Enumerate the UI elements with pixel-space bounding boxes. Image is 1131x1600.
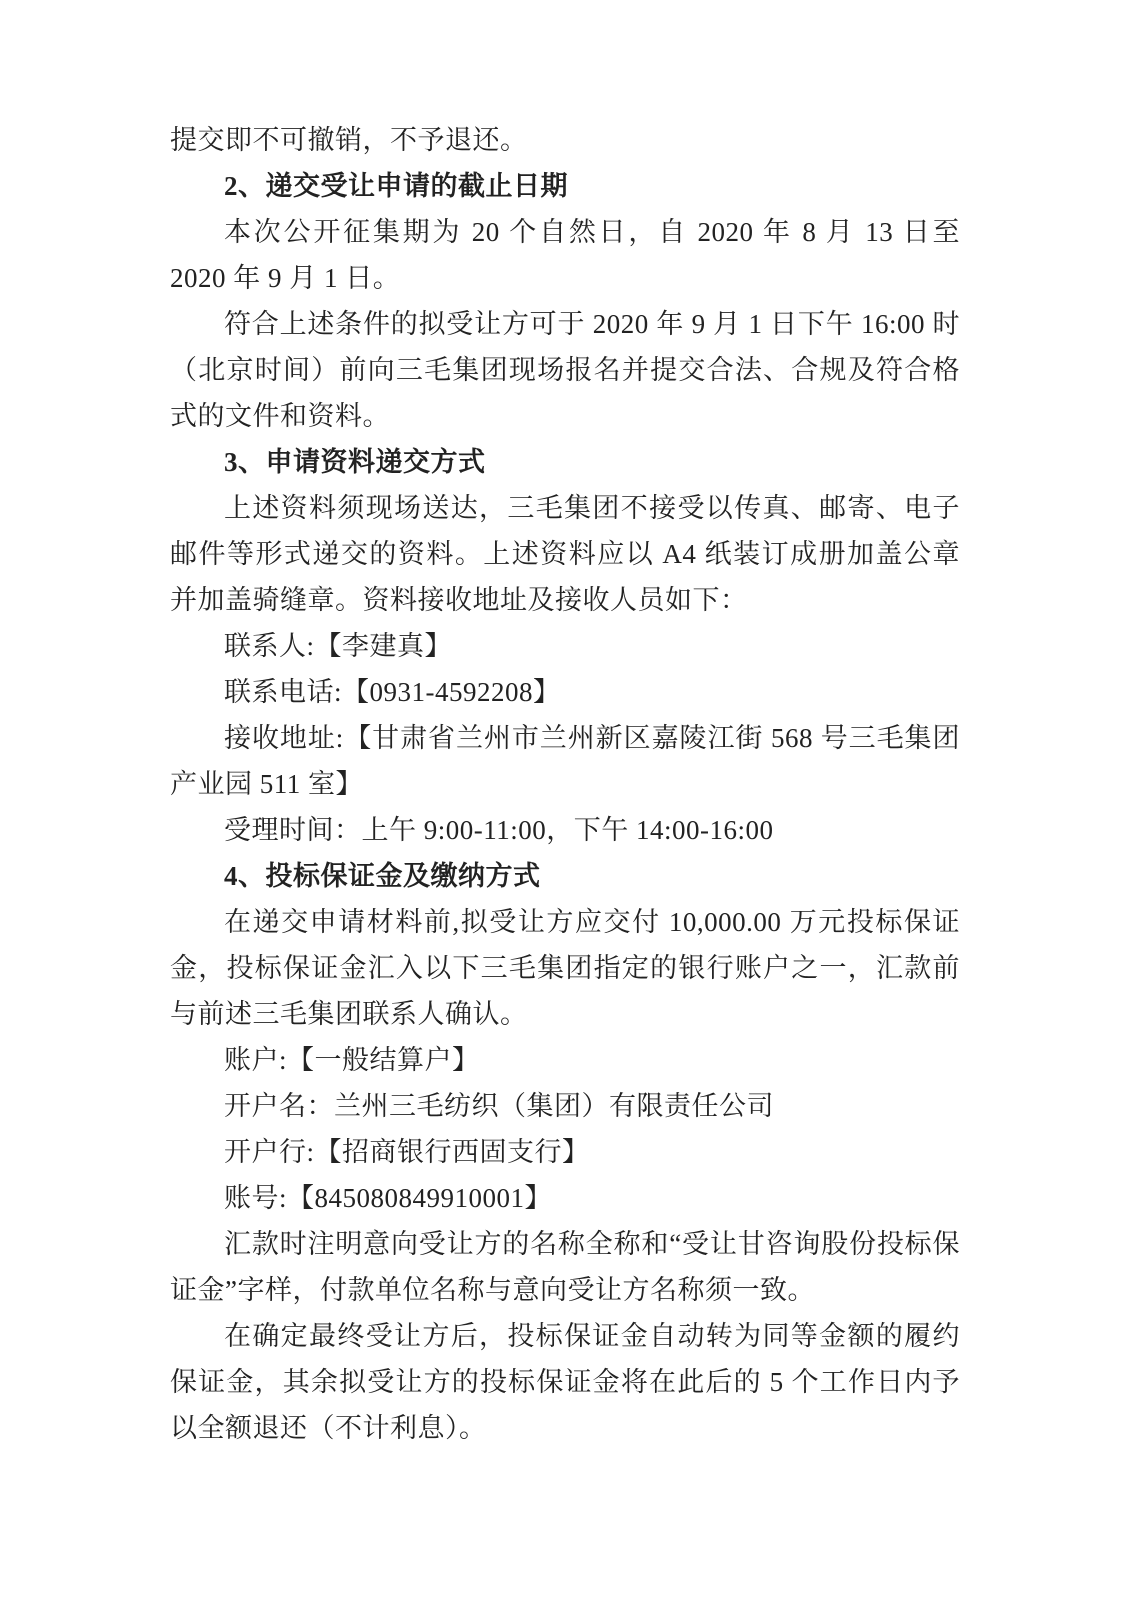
line-contact-phone: 联系电话:【0931-4592208】 [170,669,960,715]
paragraph-remittance-note: 汇款时注明意向受让方的名称全称和“受让甘咨询股份投标保证金”字样，付款单位名称与… [170,1221,960,1313]
line-bank-branch: 开户行:【招商银行西固支行】 [170,1129,960,1175]
paragraph-continuation: 提交即不可撤销，不予退还。 [170,117,960,163]
paragraph-delivery-rules: 上述资料须现场送达，三毛集团不接受以传真、邮寄、电子邮件等形式递交的资料。上述资… [170,485,960,623]
line-account-number: 账号:【845080849910001】 [170,1175,960,1221]
line-acceptance-hours: 受理时间：上午 9:00-11:00，下午 14:00-16:00 [170,807,960,853]
line-contact-person: 联系人:【李建真】 [170,623,960,669]
line-account-holder: 开户名：兰州三毛纺织（集团）有限责任公司 [170,1083,960,1129]
heading-bid-deposit: 4、投标保证金及缴纳方式 [170,853,960,899]
paragraph-deposit-payment: 在递交申请材料前,拟受让方应交付 10,000.00 万元投标保证金，投标保证金… [170,899,960,1037]
document-page: 提交即不可撤销，不予退还。 2、递交受让申请的截止日期 本次公开征集期为 20 … [0,0,1131,1600]
document-body: 提交即不可撤销，不予退还。 2、递交受让申请的截止日期 本次公开征集期为 20 … [170,117,960,1451]
line-account-type: 账户:【一般结算户】 [170,1037,960,1083]
paragraph-collection-period: 本次公开征集期为 20 个自然日，自 2020 年 8 月 13 日至 2020… [170,209,960,301]
heading-submission-deadline: 2、递交受让申请的截止日期 [170,163,960,209]
paragraph-registration-terms: 符合上述条件的拟受让方可于 2020 年 9 月 1 日下午 16:00 时（北… [170,301,960,439]
line-receiving-address: 接收地址:【甘肃省兰州市兰州新区嘉陵江街 568 号三毛集团产业园 511 室】 [170,715,960,807]
paragraph-deposit-refund: 在确定最终受让方后，投标保证金自动转为同等金额的履约保证金，其余拟受让方的投标保… [170,1313,960,1451]
heading-material-submission: 3、申请资料递交方式 [170,439,960,485]
